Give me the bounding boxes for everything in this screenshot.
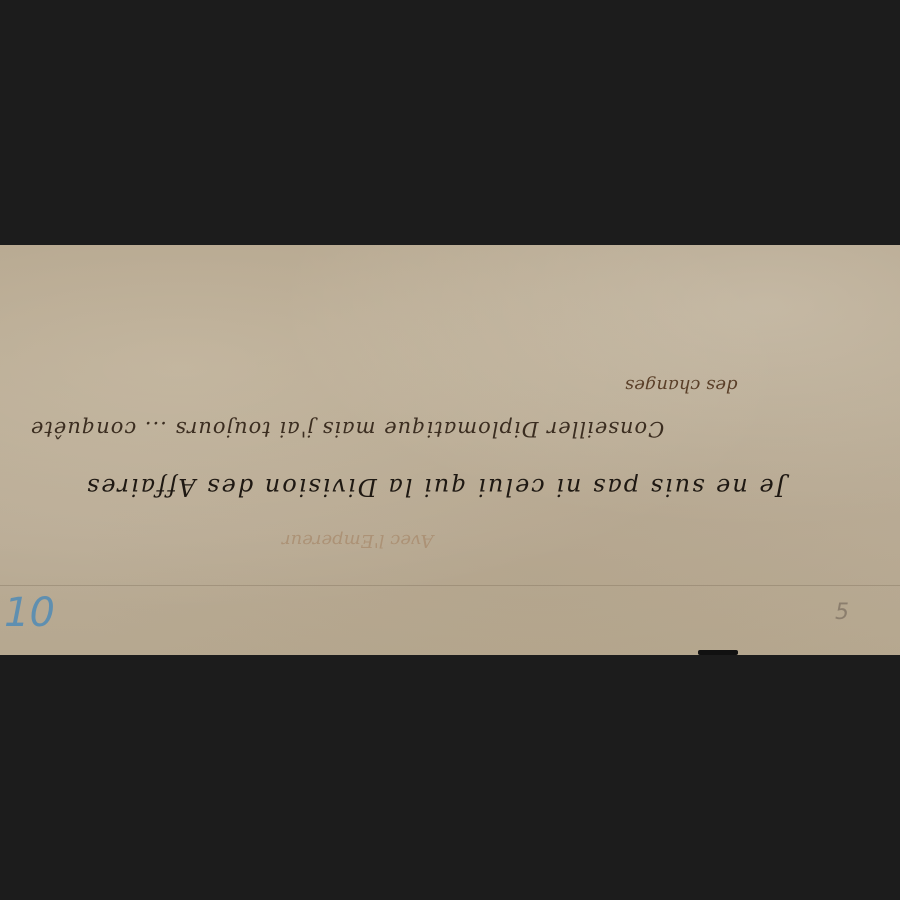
ink-stroke-fragment — [698, 650, 738, 655]
handwritten-line-3: des changes — [625, 375, 738, 396]
paper-fold-line — [0, 585, 900, 586]
margin-mark: 5 — [835, 600, 849, 625]
manuscript-page: des changes Conseiller Diplomatique mais… — [0, 245, 900, 655]
folio-number: 10 — [4, 590, 55, 636]
handwritten-line-faint: Avec l'Empereur — [282, 530, 433, 551]
handwritten-line-2: Conseiller Diplomatique mais j'ai toujou… — [30, 417, 664, 441]
handwritten-line-1: Je ne suis pas ni celui qui la Division … — [85, 473, 785, 501]
